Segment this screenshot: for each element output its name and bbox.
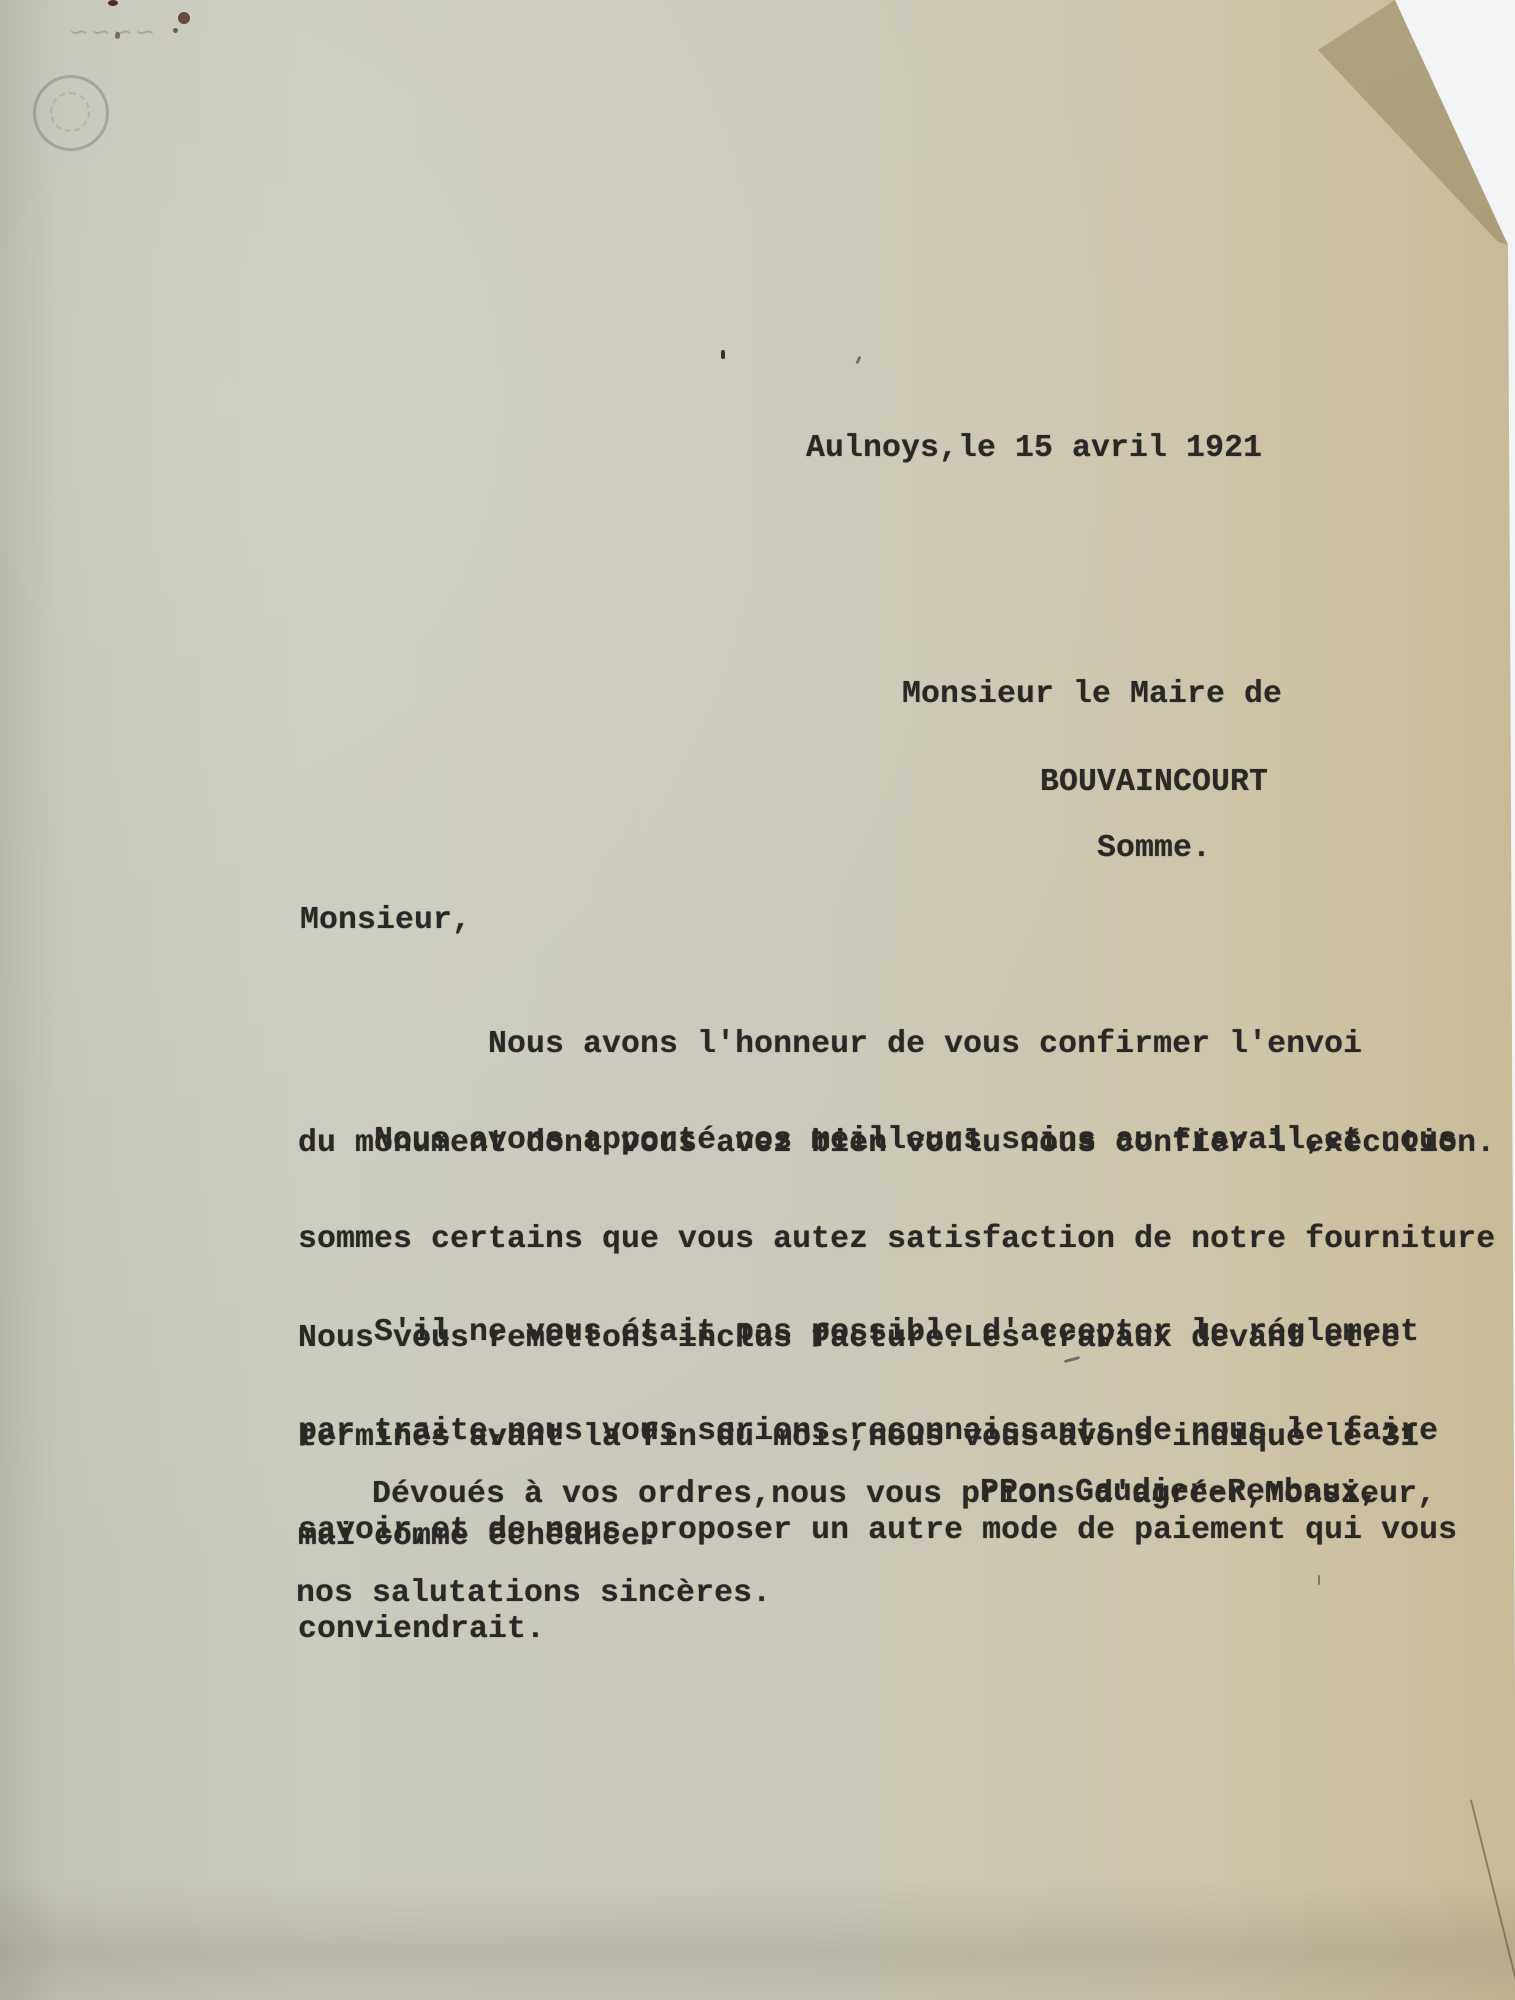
salutation: Monsieur, [300, 904, 471, 937]
paragraph-line: Nous avons l'honneur de vous confirmer l… [298, 1028, 1495, 1061]
ink-spot [178, 12, 190, 24]
paper-shadow-bottom [0, 1880, 1515, 2000]
archive-stamp-icon [33, 75, 109, 151]
pencil-annotation: ~~~~ [5, 18, 155, 50]
paragraph-line: S'il ne vous était pas possible d'accept… [298, 1316, 1457, 1349]
recipient-town: BOUVAINCOURT [1040, 766, 1268, 799]
recipient-department: Somme. [1097, 832, 1211, 865]
signature: PPon Gaudier-Rembaux, [980, 1476, 1379, 1509]
ink-spot [115, 32, 120, 39]
paragraph-line: nos salutations sincères. [296, 1577, 1436, 1610]
place-date: Aulnoys,le 15 avril 1921 [806, 432, 1262, 465]
paragraph-4: Dévoués à vos ordres,nous vous prions d'… [296, 1412, 1436, 1643]
ink-spot [108, 0, 118, 6]
paper-speck [721, 350, 725, 359]
ink-spot [173, 28, 178, 33]
paragraph-line: Nous avons apporté nos meilleurs soins a… [298, 1124, 1495, 1157]
paper-shadow-left [0, 0, 60, 2000]
recipient-line: Monsieur le Maire de [902, 678, 1282, 711]
